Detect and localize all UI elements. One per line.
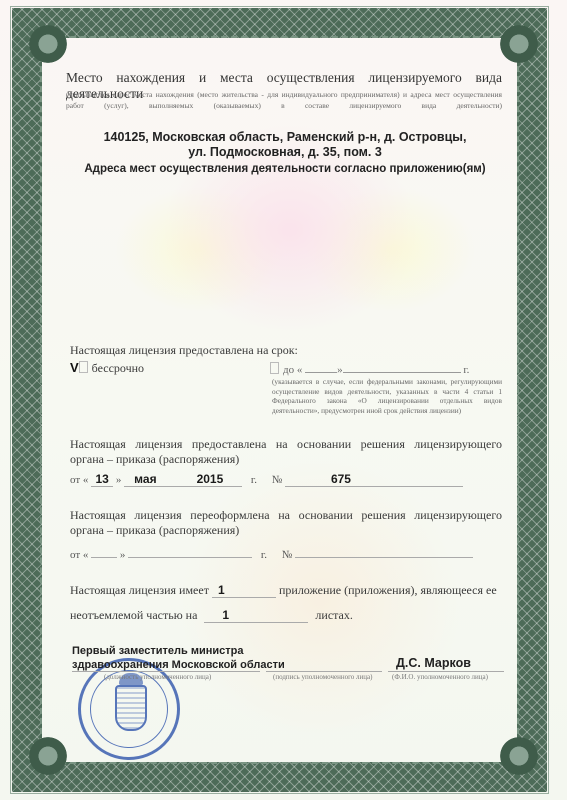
signature-line[interactable] (266, 671, 382, 672)
caption-signature: (подпись уполномоченного лица) (273, 673, 372, 681)
appendix-text-c: неотъемлемой частью на (70, 608, 197, 622)
appendix-text-a: Настоящая лицензия имеет (70, 583, 209, 597)
checkbox-until[interactable] (270, 362, 279, 374)
appendix-text-b: приложение (приложения), являющееся ее (279, 583, 497, 597)
position-line (72, 671, 260, 672)
license-page: Место нахождения и места осуществления л… (0, 0, 567, 800)
term-permanent-option[interactable]: Vбессрочно (70, 360, 144, 376)
address-line-1: 140125, Московская область, Раменский р-… (60, 130, 510, 145)
address: 140125, Московская область, Раменский р-… (60, 130, 510, 160)
appendix-sheets-field[interactable]: 1 (204, 608, 308, 623)
grant-text-line-2: органа – приказа (распоряжения) (70, 452, 239, 466)
until-month-year-field[interactable] (343, 360, 461, 373)
term-label: Настоящая лицензия предоставлена на срок… (70, 343, 298, 358)
reissue-order-fields: от « » г. № (70, 543, 502, 561)
signatory-position-line-2: здравоохранения Московской области (72, 658, 285, 672)
until-year-suffix: г. (463, 364, 469, 376)
grant-order-fields: от « 13 » мая2015 г. № 675 (70, 472, 502, 487)
grant-close-quote: » (116, 474, 122, 486)
grant-number-label: № (272, 474, 283, 486)
grant-text-line-1: Настоящая лицензия предоставлена на осно… (70, 437, 502, 452)
activity-places: Адреса мест осуществления деятельности с… (60, 163, 510, 175)
coat-of-arms-icon (115, 685, 147, 731)
appendix-line-2: неотъемлемой частью на 1 листах. (70, 608, 502, 623)
grant-basis-text: Настоящая лицензия предоставлена на осно… (70, 437, 502, 467)
appendix-text-d: листах. (315, 608, 352, 622)
address-line-2: ул. Подмосковная, д. 35, пом. 3 (60, 145, 510, 160)
appendix-line-1: Настоящая лицензия имеет 1 приложение (п… (70, 583, 502, 598)
section-note: (указываются адрес места нахождения (мес… (66, 89, 502, 111)
appendix-count: 1 (218, 583, 225, 597)
until-day-field[interactable] (305, 360, 337, 373)
reissue-text-line-2: органа – приказа (распоряжения) (70, 523, 239, 537)
caption-name: (Ф.И.О. уполномоченного лица) (392, 673, 488, 681)
term-until-option: до « » г. (270, 360, 502, 376)
term-note: (указывается в случае, если федеральными… (272, 377, 502, 415)
grant-month: мая (134, 472, 156, 486)
grant-year: 2015 (197, 472, 224, 486)
grant-year-suffix: г. (251, 474, 257, 486)
appendix-count-field[interactable]: 1 (212, 583, 276, 598)
grant-from-label: от « (70, 474, 88, 486)
signatory-position-line-1: Первый заместитель министра (72, 644, 285, 658)
signatory-name: Д.С. Марков (396, 656, 471, 670)
reissue-month-year-field[interactable] (128, 543, 252, 558)
until-prefix: до « (283, 364, 302, 376)
appendix-sheets: 1 (222, 608, 229, 622)
reissue-year-suffix: г. (261, 549, 267, 561)
reissue-basis-text: Настоящая лицензия переоформлена на осно… (70, 508, 502, 538)
reissue-from-label: от « (70, 549, 88, 561)
grant-number: 675 (331, 472, 351, 486)
signatory-position: Первый заместитель министра здравоохране… (72, 644, 285, 672)
reissue-text-line-1: Настоящая лицензия переоформлена на осно… (70, 508, 502, 523)
grant-month-year-field[interactable]: мая2015 (124, 472, 242, 487)
permanent-label: бессрочно (92, 361, 144, 375)
reissue-number-label: № (282, 549, 293, 561)
checkbox-permanent[interactable] (79, 361, 88, 373)
grant-number-field[interactable]: 675 (285, 472, 463, 487)
checkmark-icon[interactable]: V (70, 360, 79, 375)
caption-position: (должность уполномоченного лица) (104, 673, 211, 681)
grant-day-field[interactable]: 13 (91, 472, 113, 487)
reissue-close-quote: » (120, 549, 126, 561)
name-line (388, 671, 504, 672)
reissue-day-field[interactable] (91, 543, 117, 558)
reissue-number-field[interactable] (295, 543, 473, 558)
